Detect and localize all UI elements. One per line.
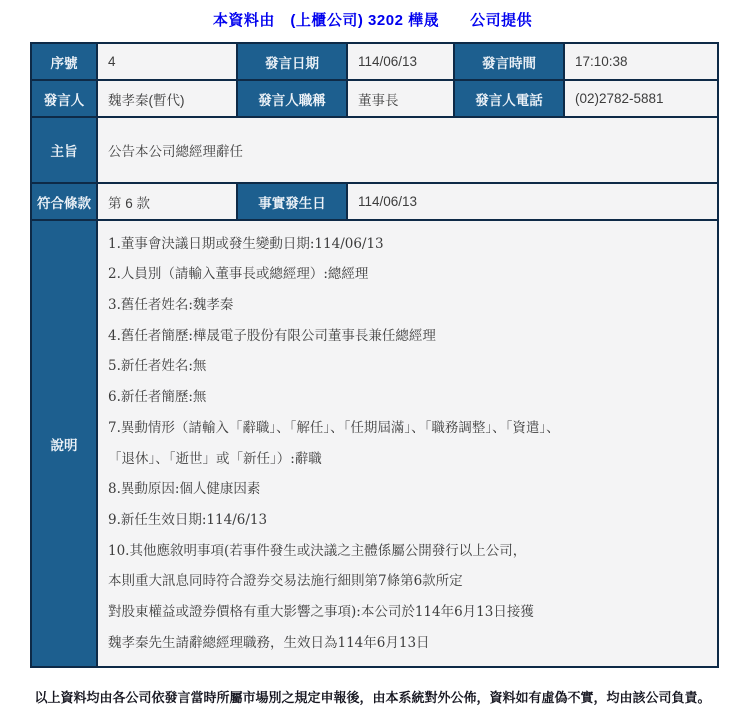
description-line: 對股東權益或證券價格有重大影響之事項):本公司於114年6月13日接獲: [108, 597, 713, 628]
description-line: 8.異動原因:個人健康因素: [108, 474, 713, 505]
speak-date-label: 發言日期: [237, 43, 347, 80]
announcement-page: 本資料由 (上櫃公司) 3202 樺晟 公司提供 序號 4 發言日期 114/0…: [0, 0, 745, 722]
subject-label: 主旨: [31, 117, 97, 183]
description-label: 說明: [31, 220, 97, 667]
row-speaker: 發言人 魏孝秦(暫代) 發言人職稱 董事長 發言人電話 (02)2782-588…: [31, 80, 718, 117]
description-line: 6.新任者簡歷:無: [108, 382, 713, 413]
description-line: 9.新任生效日期:114/6/13: [108, 505, 713, 536]
row-clause: 符合條款 第 6 款 事實發生日 114/06/13: [31, 183, 718, 220]
row-description: 說明 1.董事會決議日期或發生變動日期:114/06/13 2.人員別（請輸入董…: [31, 220, 718, 667]
speak-time-value: 17:10:38: [564, 43, 718, 80]
fact-date-label: 事實發生日: [237, 183, 347, 220]
speaker-title-value: 董事長: [347, 80, 454, 117]
speaker-phone-label: 發言人電話: [454, 80, 564, 117]
clause-label: 符合條款: [31, 183, 97, 220]
description-content: 1.董事會決議日期或發生變動日期:114/06/13 2.人員別（請輸入董事長或…: [97, 220, 718, 667]
page-title: 本資料由 (上櫃公司) 3202 樺晟 公司提供: [0, 0, 745, 30]
speaker-label: 發言人: [31, 80, 97, 117]
description-line: 7.異動情形（請輸入「辭職」、「解任」、「任期屆滿」、「職務調整」、「資遣」、: [108, 413, 713, 444]
description-line: 5.新任者姓名:無: [108, 351, 713, 382]
description-line: 10.其他應敘明事項(若事件發生或決議之主體係屬公開發行以上公司，: [108, 536, 713, 567]
description-line: 「退休」、「逝世」或「新任」）:辭職: [108, 444, 713, 475]
serial-value: 4: [97, 43, 237, 80]
description-line: 魏孝秦先生請辭總經理職務，生效日為114年6月13日: [108, 628, 713, 659]
speaker-phone-value: (02)2782-5881: [564, 80, 718, 117]
speak-date-value: 114/06/13: [347, 43, 454, 80]
fact-date-value: 114/06/13: [347, 183, 718, 220]
announcement-table: 序號 4 發言日期 114/06/13 發言時間 17:10:38 發言人 魏孝…: [30, 42, 719, 668]
row-serial: 序號 4 發言日期 114/06/13 發言時間 17:10:38: [31, 43, 718, 80]
description-line: 4.舊任者簡歷:樺晟電子股份有限公司董事長兼任總經理: [108, 321, 713, 352]
clause-value: 第 6 款: [97, 183, 237, 220]
serial-label: 序號: [31, 43, 97, 80]
description-line: 3.舊任者姓名:魏孝秦: [108, 290, 713, 321]
description-line: 2.人員別（請輸入董事長或總經理）:總經理: [108, 259, 713, 290]
speak-time-label: 發言時間: [454, 43, 564, 80]
description-line: 1.董事會決議日期或發生變動日期:114/06/13: [108, 229, 713, 260]
description-line: 本則重大訊息同時符合證券交易法施行細則第7條第6款所定: [108, 566, 713, 597]
row-subject: 主旨 公告本公司總經理辭任: [31, 117, 718, 183]
speaker-value: 魏孝秦(暫代): [97, 80, 237, 117]
speaker-title-label: 發言人職稱: [237, 80, 347, 117]
subject-value: 公告本公司總經理辭任: [97, 117, 718, 183]
footer-disclaimer: 以上資料均由各公司依發言當時所屬市場別之規定申報後，由本系統對外公佈，資料如有虛…: [0, 687, 745, 706]
